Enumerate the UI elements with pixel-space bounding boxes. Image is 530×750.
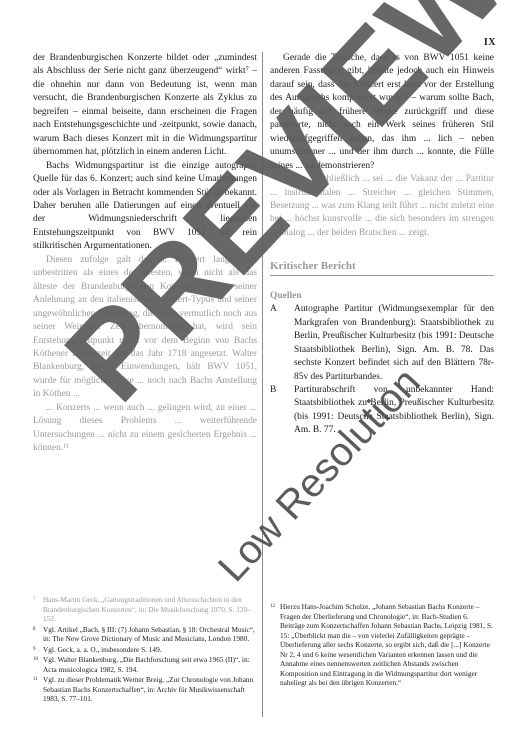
body-paragraph: Diesen zufolge galt das 6. Konzert lange… bbox=[33, 254, 257, 402]
footnote-number: 8 bbox=[33, 625, 36, 635]
footnote-text: Hans-Martin Geck, „Gattungstraditionen u… bbox=[43, 595, 251, 623]
footnote-number: 11 bbox=[33, 675, 38, 685]
footnote: 7 Hans-Martin Geck, „Gattungstraditionen… bbox=[33, 595, 257, 624]
column-divider bbox=[262, 52, 263, 717]
source-siglum: A bbox=[270, 303, 277, 316]
footnote: 11 Vgl. zu dieser Problematik Werner Bre… bbox=[33, 675, 257, 704]
footnote-number: 9 bbox=[33, 645, 36, 655]
footnote: 10 Vgl. Walter Blankenburg, „Die Bachfor… bbox=[33, 655, 257, 674]
body-paragraph: Gerade die Tatsache, dass es von BWV 105… bbox=[270, 52, 494, 173]
footnote-number: 7 bbox=[33, 595, 36, 605]
body-paragraph: ... Konzerts ... wenn auch ... gelingen … bbox=[33, 402, 257, 456]
footnote: 8 Vgl. Artikel „Bach, § III: (7) Johann … bbox=[33, 625, 257, 644]
footnote-number: 10 bbox=[33, 655, 38, 665]
sources-subheading: Quellen bbox=[270, 290, 494, 303]
page-number: IX bbox=[484, 37, 496, 48]
footnote-text: Vgl. Artikel „Bach, § III: (7) Johann Se… bbox=[43, 625, 255, 644]
footnotes-right: 12 Hierzu Hans-Joachim Schulze, „Johann … bbox=[270, 602, 494, 689]
footnote-text: Vgl. Geck, a. a. O., insbesondere S. 149… bbox=[43, 645, 162, 654]
body-paragraph: der Brandenburgischen Konzerte bildet od… bbox=[33, 52, 257, 160]
source-entry: A Autographe Partitur (Widmungsexemplar … bbox=[270, 303, 494, 384]
footnote: 9 Vgl. Geck, a. a. O., insbesondere S. 1… bbox=[33, 645, 257, 655]
footnote-text: Hierzu Hans-Joachim Schulze, „Johann Seb… bbox=[280, 602, 493, 687]
footnote: 12 Hierzu Hans-Joachim Schulze, „Johann … bbox=[270, 602, 494, 688]
source-entry: B Partiturabschrift von unbekannter Hand… bbox=[270, 384, 494, 438]
source-text: Autographe Partitur (Widmungsexemplar fü… bbox=[294, 304, 494, 381]
body-paragraph: Bachs Widmungspartitur ist die einzige a… bbox=[33, 160, 257, 254]
section-heading: Kritischer Bericht bbox=[270, 260, 494, 275]
footnotes-left: 7 Hans-Martin Geck, „Gattungstraditionen… bbox=[33, 595, 257, 705]
right-column: Gerade die Tatsache, dass es von BWV 105… bbox=[270, 52, 494, 438]
body-paragraph: In der ... schließlich ... sei ... die V… bbox=[270, 173, 494, 240]
footnote-text: Vgl. Walter Blankenburg, „Die Bachforsch… bbox=[43, 655, 250, 674]
footnote-number: 12 bbox=[270, 602, 275, 612]
source-text: Partiturabschrift von unbekannter Hand: … bbox=[294, 385, 494, 435]
document-page: IX der Brandenburgischen Konzerte bildet… bbox=[0, 0, 530, 750]
footnote-text: Vgl. zu dieser Problematik Werner Breig,… bbox=[43, 675, 253, 703]
source-siglum: B bbox=[270, 384, 276, 397]
left-column: der Brandenburgischen Konzerte bildet od… bbox=[33, 52, 257, 456]
